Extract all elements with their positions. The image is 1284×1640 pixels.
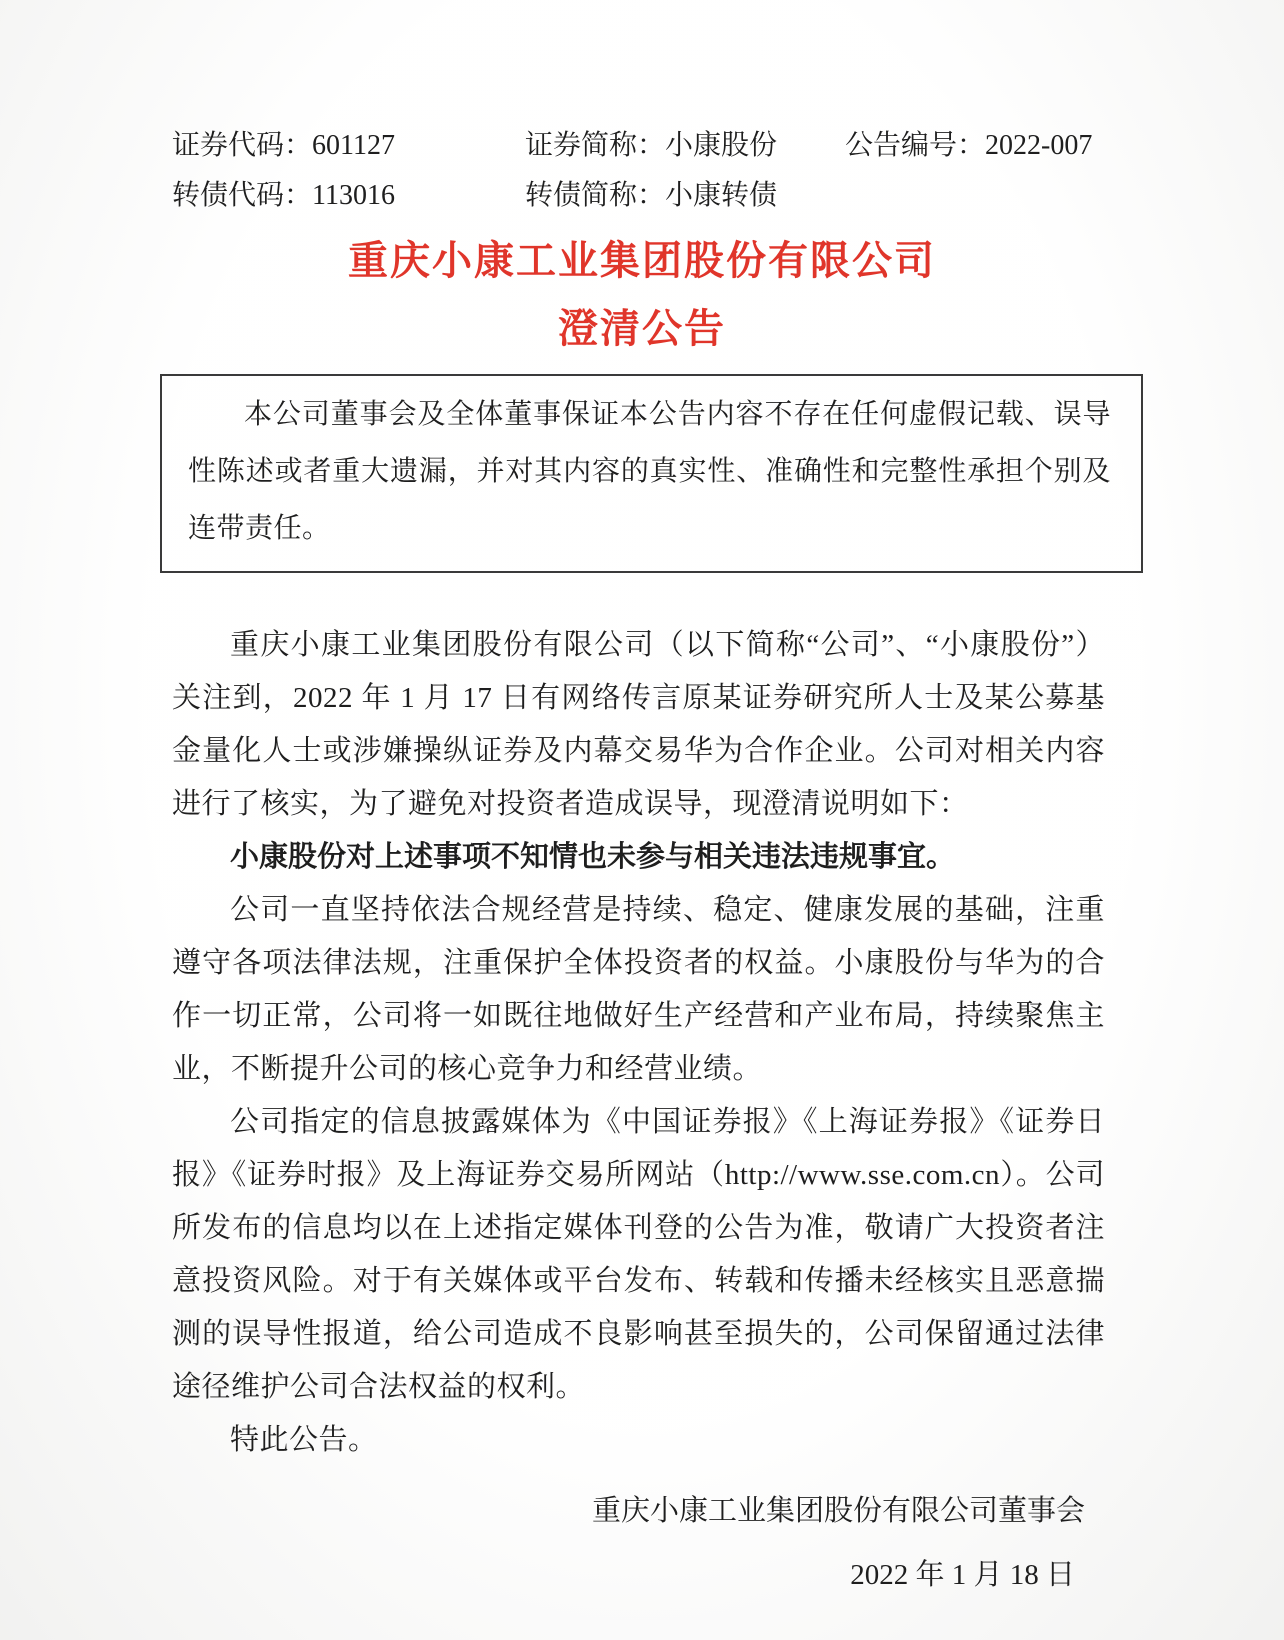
body-paragraph-media: 公司指定的信息披露媒体为《中国证券报》《上海证券报》《证券日报》《证券时报》及上…: [172, 1096, 1105, 1414]
title-block: 重庆小康工业集团股份有限公司 澄清公告: [0, 234, 1284, 356]
body-paragraph-compliance: 公司一直坚持依法合规经营是持续、稳定、健康发展的基础，注重遵守各项法律法规，注重…: [172, 884, 1105, 1096]
signature-block: 重庆小康工业集团股份有限公司董事会 2022 年 1 月 18 日: [172, 1483, 1105, 1603]
announcement-type-title: 澄清公告: [0, 302, 1284, 356]
date-line: 2022 年 1 月 18 日: [172, 1547, 1105, 1603]
signature-line: 重庆小康工业集团股份有限公司董事会: [172, 1483, 1105, 1539]
announcement-number-field: 公告编号：2022-007: [845, 123, 1284, 163]
closing-line: 特此公告。: [172, 1414, 1105, 1467]
disclaimer-text: 本公司董事会及全体董事保证本公告内容不存在任何虚假记载、误导性陈述或者重大遗漏，…: [188, 386, 1111, 557]
document-header: 证券代码：601127 证券简称：小康股份 公告编号：2022-007 转债代码…: [0, 0, 1284, 218]
disclaimer-box: 本公司董事会及全体董事保证本公告内容不存在任何虚假记载、误导性陈述或者重大遗漏，…: [160, 374, 1143, 573]
body-paragraph-intro: 重庆小康工业集团股份有限公司（以下简称“公司”、“小康股份”）关注到，2022 …: [172, 619, 1105, 831]
stock-code-field: 证券代码：601127: [172, 123, 525, 163]
header-row-stock: 证券代码：601127 证券简称：小康股份 公告编号：2022-007: [172, 118, 1284, 168]
company-name-title: 重庆小康工业集团股份有限公司: [0, 234, 1284, 288]
header-row-bond: 转债代码：113016 转债简称：小康转债: [172, 168, 1284, 218]
document-body: 重庆小康工业集团股份有限公司（以下简称“公司”、“小康股份”）关注到，2022 …: [172, 619, 1105, 1467]
key-statement: 小康股份对上述事项不知情也未参与相关违法违规事宜。: [172, 831, 1105, 884]
bond-code-field: 转债代码：113016: [172, 173, 525, 213]
announcement-document: 证券代码：601127 证券简称：小康股份 公告编号：2022-007 转债代码…: [0, 0, 1284, 1640]
stock-abbr-field: 证券简称：小康股份: [525, 123, 845, 163]
bond-abbr-field: 转债简称：小康转债: [525, 173, 845, 213]
